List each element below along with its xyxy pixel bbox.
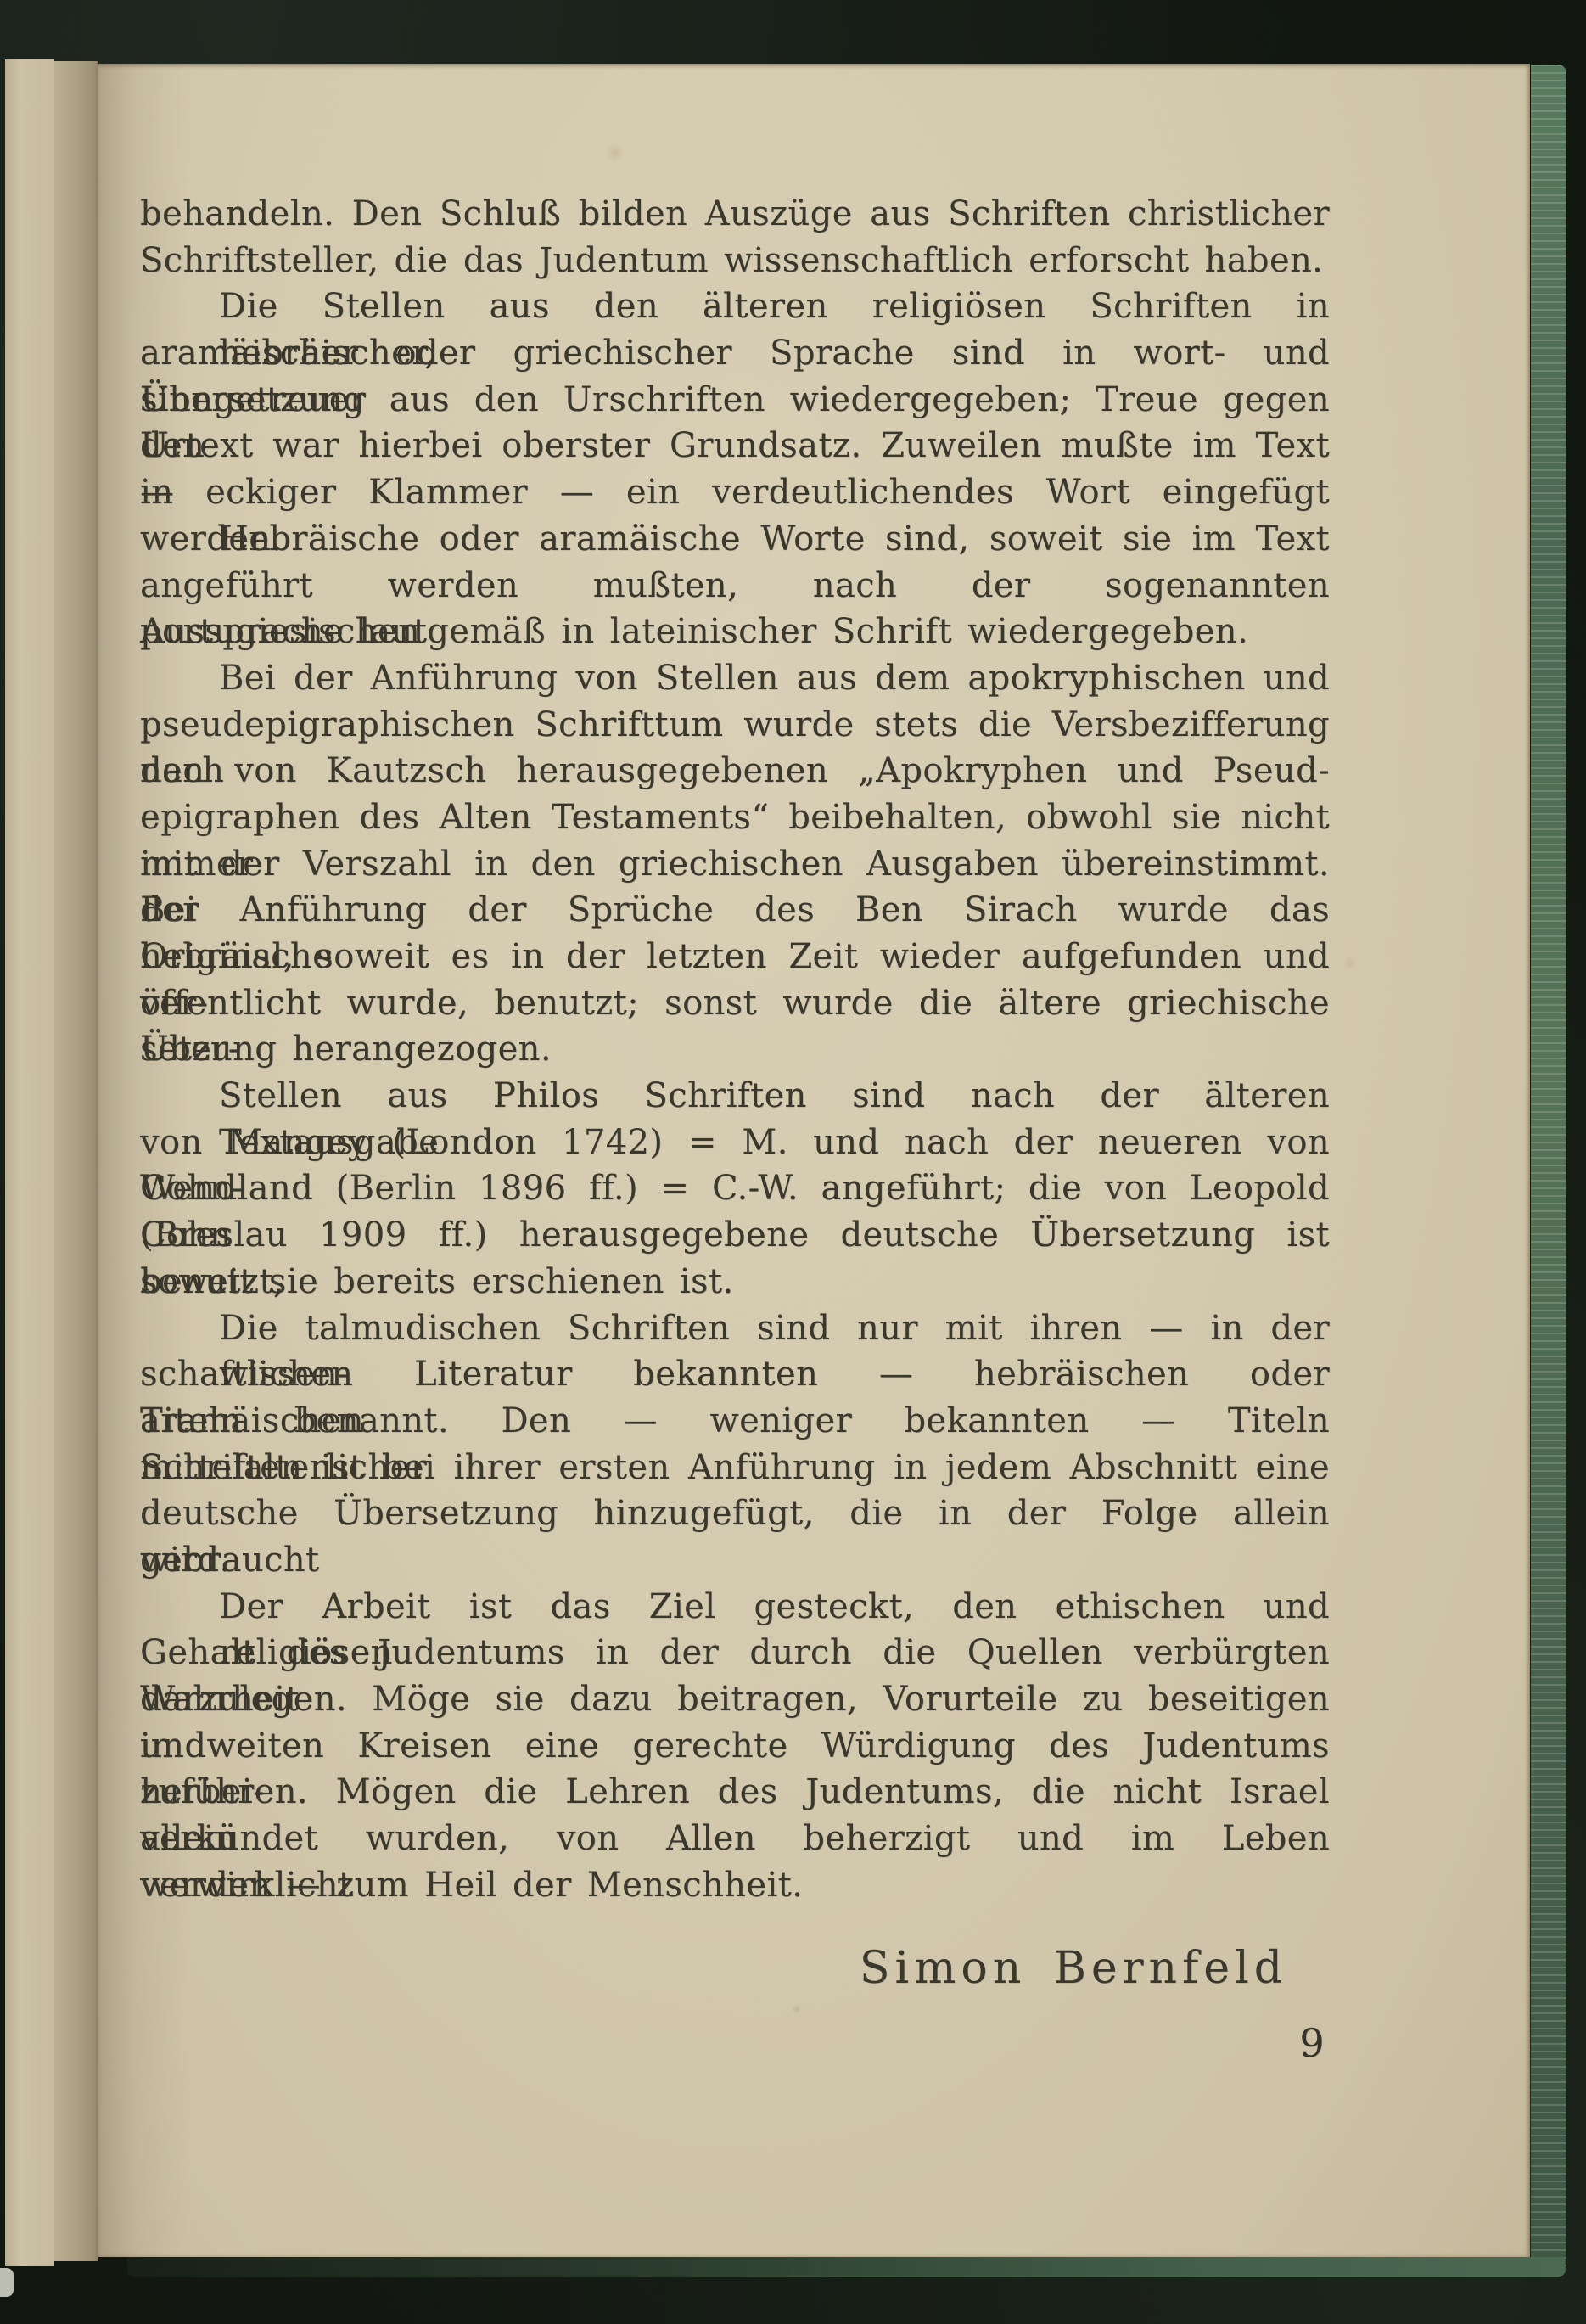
author-signature: Simon Bernfeld (140, 1943, 1287, 1994)
page-text: behandeln. Den Schluß bilden Auszüge aus… (140, 191, 1330, 1908)
text-line: epigraphen des Alten Testaments“ beibeha… (140, 794, 1330, 841)
book-page: behandeln. Den Schluß bilden Auszüge aus… (98, 64, 1530, 2257)
text-line: Titeln benannt. Den — weniger bekannten … (140, 1398, 1330, 1445)
text-line: behandeln. Den Schluß bilden Auszüge aus… (140, 191, 1330, 238)
text-line: Die Stellen aus den älteren religiösen S… (140, 283, 1330, 330)
book-cover-edge-bottom (127, 2257, 1565, 2277)
text-line: zuführen. Mögen die Lehren des Judentums… (140, 1769, 1330, 1816)
page-stack-edge (5, 59, 54, 2266)
text-line: Gehalt des Judentums in der durch die Qu… (140, 1630, 1330, 1676)
text-line: deutsche Übersetzung hinzugefügt, die in… (140, 1490, 1330, 1537)
text-line: von Mangey (London 1742) = M. und nach d… (140, 1120, 1330, 1166)
text-line: pseudepigraphischen Schrifttum wurde ste… (140, 702, 1330, 749)
text-line: Schriften ist bei ihrer ersten Anführung… (140, 1445, 1330, 1491)
scan-artifact (0, 2268, 14, 2297)
text-line: angeführt werden mußten, nach der sogena… (140, 563, 1330, 609)
text-line: Urtext war hierbei oberster Grundsatz. Z… (140, 423, 1330, 469)
text-line: soweit sie bereits erschienen ist. (140, 1259, 1330, 1305)
text-line: mit der Verszahl in den griechischen Aus… (140, 841, 1330, 888)
text-line: Wendland (Berlin 1896 ff.) = C.-W. angef… (140, 1165, 1330, 1212)
text-line: Der Arbeit ist das Ziel gesteckt, den et… (140, 1584, 1330, 1631)
text-line: schaftlichen Literatur bekannten — hebrä… (140, 1351, 1330, 1398)
page-number: 9 (1278, 2021, 1346, 2065)
text-line: Hebräische oder aramäische Worte sind, s… (140, 516, 1330, 563)
text-line: in weiten Kreisen eine gerechte Würdigun… (140, 1723, 1330, 1770)
text-line: Die talmudischen Schriften sind nur mit … (140, 1305, 1330, 1352)
text-line: Bei der Anführung von Stellen aus dem ap… (140, 655, 1330, 702)
text-line: Aussprache lautgemäß in lateinischer Sch… (140, 609, 1330, 655)
scan-background: behandeln. Den Schluß bilden Auszüge aus… (0, 0, 1586, 2324)
text-line: darzulegen. Möge sie dazu beitragen, Vor… (140, 1676, 1330, 1723)
text-line: der Anführung der Sprüche des Ben Sirach… (140, 887, 1330, 934)
text-line: werden — zum Heil der Menschheit. (140, 1862, 1330, 1909)
text-line: Original, soweit es in der letzten Zeit … (140, 934, 1330, 980)
text-line: öffentlicht wurde, benutzt; sonst wurde … (140, 980, 1330, 1027)
text-line: Schriftsteller, die das Judentum wissens… (140, 238, 1330, 284)
text-line: in eckiger Klammer — ein verdeutlichende… (140, 469, 1330, 516)
book-cover-edge-right (1531, 65, 1566, 2276)
text-line: Übersetzung aus den Urschriften wiederge… (140, 377, 1330, 424)
text-line: aramäischer oder griechischer Sprache si… (140, 330, 1330, 377)
text-line: den von Kautzsch herausgegebenen „Apokry… (140, 748, 1330, 794)
binding-gutter-shadow (54, 61, 98, 2261)
text-line: Stellen aus Philos Schriften sind nach d… (140, 1073, 1330, 1120)
text-line: setzung herangezogen. (140, 1026, 1330, 1073)
text-line: verkündet wurden, von Allen beherzigt un… (140, 1816, 1330, 1862)
text-line: (Breslau 1909 ff.) herausgegebene deutsc… (140, 1212, 1330, 1259)
